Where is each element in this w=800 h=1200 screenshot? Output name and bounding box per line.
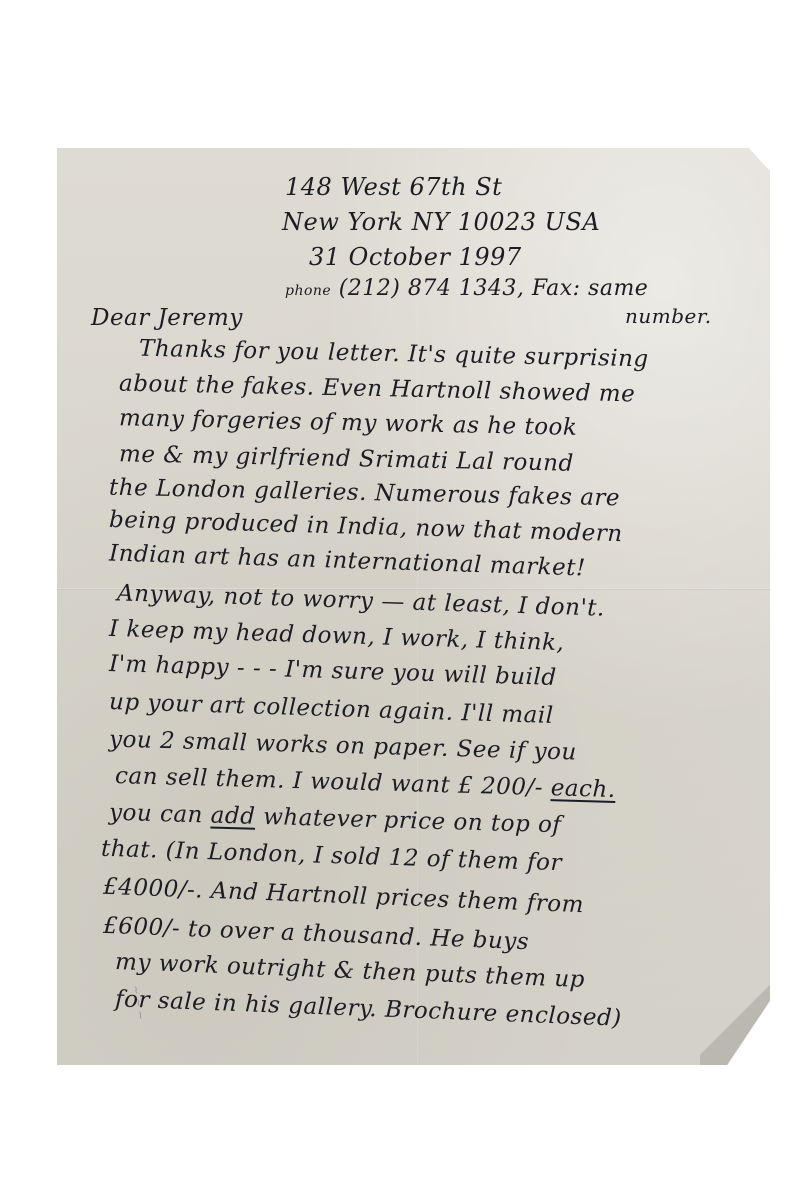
body-line: the London galleries. Numerous fakes are xyxy=(109,475,621,512)
body-line-text: you can xyxy=(109,800,211,829)
body-line: can sell them. I would want £ 200/- each… xyxy=(115,763,616,803)
body-line: I'm happy - - - I'm sure you will build xyxy=(109,651,557,691)
body-line: Thanks for you letter. It's quite surpri… xyxy=(139,336,649,373)
body-line-text: whatever price on top of xyxy=(255,804,562,839)
underlined-add: add xyxy=(210,803,255,830)
address-line-2: New York NY 10023 USA xyxy=(282,208,600,236)
letter-date: 31 October 1997 xyxy=(309,243,522,271)
body-line: £4000/-. And Hartnoll prices them from xyxy=(103,874,585,918)
body-line: me & my girlfriend Srimati Lal round xyxy=(119,441,574,477)
body-line: Anyway, not to worry — at least, I don't… xyxy=(117,580,605,621)
body-line: that. (In London, I sold 12 of them for xyxy=(101,836,563,876)
phone-line: phone (212) 874 1343, Fax: same xyxy=(285,276,648,301)
address-line-1: 148 West 67th St xyxy=(285,173,502,201)
folded-corner xyxy=(700,975,770,1065)
body-line-text: can sell them. I would want £ 200/- xyxy=(115,763,551,801)
body-line: you can add whatever price on top of xyxy=(109,800,562,839)
phone-number: (212) 874 1343, xyxy=(339,276,525,301)
body-line: about the fakes. Even Hartnoll showed me xyxy=(119,371,636,408)
body-line: for sale in his gallery. Brochure enclos… xyxy=(115,986,622,1031)
salutation: Dear Jeremy xyxy=(91,305,243,331)
letter-paper: 148 West 67th St New York NY 10023 USA 3… xyxy=(57,148,770,1065)
underlined-each: each. xyxy=(550,775,616,803)
body-line: Indian art has an international market! xyxy=(109,541,586,582)
fax-info: Fax: same xyxy=(532,276,649,301)
photo-stage: 148 West 67th St New York NY 10023 USA 3… xyxy=(0,0,800,1200)
phone-label: phone xyxy=(285,283,331,299)
body-line: £600/- to over a thousand. He buys xyxy=(103,913,530,955)
body-line: you 2 small works on paper. See if you xyxy=(109,726,577,765)
body-line: up your art collection again. I'll mail xyxy=(109,689,554,729)
body-line: my work outright & then puts them up xyxy=(115,949,586,993)
body-line: many forgeries of my work as he took xyxy=(119,405,578,441)
body-line: I keep my head down, I work, I think, xyxy=(109,616,565,656)
fax-number-cont: number. xyxy=(625,304,712,328)
body-line: being produced in India, now that modern xyxy=(109,507,623,547)
